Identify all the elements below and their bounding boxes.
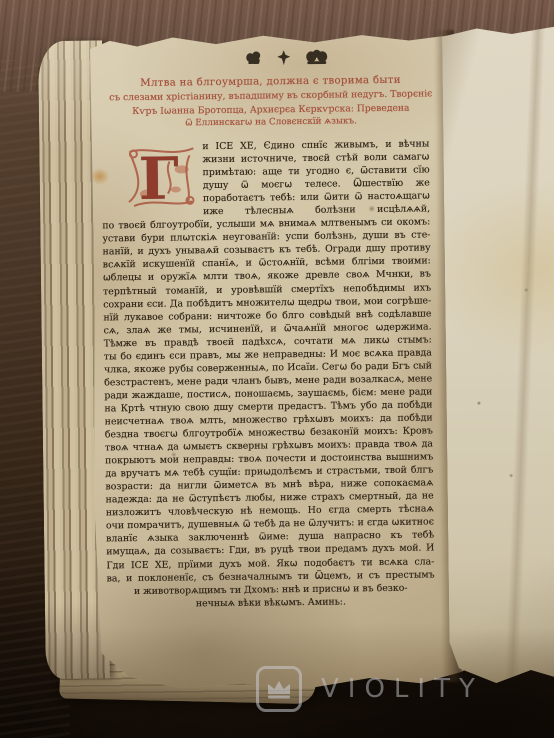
rubric-heading: Млтва на блгоумрша, должна є творима быт… <box>100 73 441 132</box>
headpiece-ornaments <box>212 45 362 69</box>
facing-blank-page <box>442 25 554 688</box>
floral-stamp-icon <box>245 49 262 66</box>
ornate-initial-letter: Г <box>123 143 198 210</box>
cross-rosette-icon <box>277 50 290 65</box>
watermark-brand-text: VIOLITY <box>321 674 484 704</box>
page-crease <box>505 25 546 688</box>
antique-book: Млтва на блгоумрша, должна є творима быт… <box>36 23 554 707</box>
initial-letter-glyph: Г <box>138 144 179 210</box>
watermark-crown-box <box>256 666 302 712</box>
floral-stamp-double-icon <box>305 48 329 65</box>
violity-watermark: VIOLITY <box>256 666 484 712</box>
prayer-text-block: Г и ІСЕ ХЕ, Єдино спнїє живымъ, и вѣчны … <box>101 137 435 611</box>
crown-icon <box>266 678 292 700</box>
